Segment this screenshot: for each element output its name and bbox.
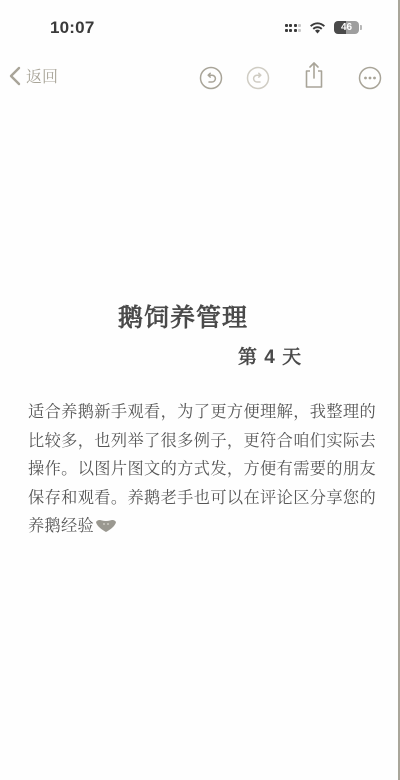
- battery-tip: [360, 25, 362, 30]
- wifi-icon: [309, 21, 326, 34]
- undo-button[interactable]: [198, 65, 224, 91]
- back-button[interactable]: 返回: [8, 64, 58, 87]
- document-title: 鹅饲养管理: [0, 298, 366, 334]
- battery-level: 46: [334, 21, 359, 34]
- status-bar: 10:07 46: [0, 0, 398, 58]
- redo-icon: [246, 66, 270, 90]
- redo-button[interactable]: [245, 65, 271, 91]
- status-icons: 46: [285, 21, 363, 34]
- document-body[interactable]: 适合养鹅新手观看，为了更方便理解，我整理的比较多，也列举了很多例子，更符合咱们实…: [28, 398, 376, 541]
- more-icon: [358, 66, 382, 90]
- body-text: 适合养鹅新手观看，为了更方便理解，我整理的比较多，也列举了很多例子，更符合咱们实…: [28, 403, 376, 535]
- share-button[interactable]: [301, 62, 327, 88]
- cellular-signal-icon: [285, 23, 302, 32]
- share-icon: [303, 61, 325, 89]
- document-subtitle: 第 4 天: [238, 342, 302, 369]
- undo-icon: [199, 66, 223, 90]
- status-time: 10:07: [50, 18, 94, 38]
- notes-screen: 10:07 46: [0, 0, 400, 780]
- more-button[interactable]: [357, 65, 383, 91]
- battery-icon: 46: [334, 21, 362, 34]
- chevron-left-icon: [8, 66, 22, 86]
- heart-emoji-icon: [95, 514, 117, 528]
- back-label: 返回: [26, 64, 58, 87]
- nav-bar: 返回: [0, 58, 398, 98]
